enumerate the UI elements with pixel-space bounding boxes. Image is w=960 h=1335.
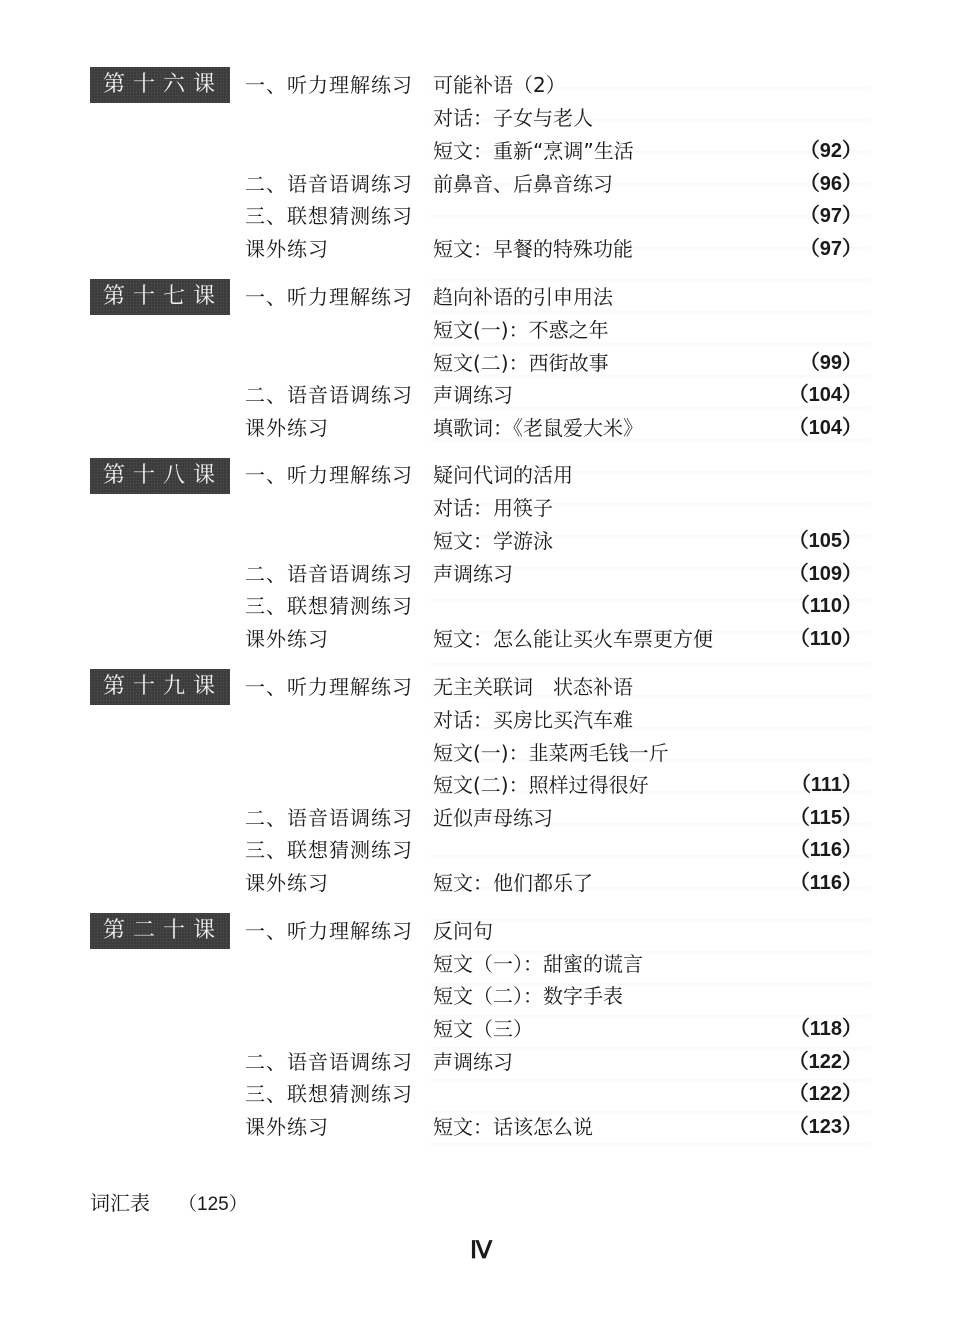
page-number: （116）	[790, 834, 862, 866]
toc-row[interactable]: 二、语音语调练习近似声母练习（115）	[0, 802, 960, 834]
toc-row[interactable]: 一、听力理解练习可能补语（2）	[0, 69, 960, 101]
entry-title: 短文（三）	[433, 1013, 533, 1045]
toc-row[interactable]: 课外练习短文：怎么能让买火车票更方便（110）	[0, 623, 960, 655]
toc-row[interactable]: 短文(一)：韭菜两毛钱一斤	[0, 737, 960, 769]
toc-row[interactable]: 一、听力理解练习反问句	[0, 915, 960, 947]
page-number: （97）	[800, 233, 862, 265]
toc-row[interactable]: 对话：子女与老人	[0, 102, 960, 134]
page-number: （122）	[789, 1046, 862, 1078]
entry-title: 短文：话该怎么说	[433, 1111, 593, 1143]
page-number: （115）	[790, 802, 862, 834]
toc-row[interactable]: 短文(一)：不惑之年	[0, 314, 960, 346]
page-number: （104）	[789, 412, 862, 444]
page-number: （118）	[790, 1013, 862, 1045]
page-number: （104）	[789, 379, 862, 411]
page-number: （97）	[800, 200, 862, 232]
section-label: 课外练习	[245, 867, 329, 899]
toc-row[interactable]: 三、联想猜测练习（97）	[0, 200, 960, 232]
folio-page-number: Ⅳ	[470, 1236, 492, 1265]
entry-title: 可能补语（2）	[433, 69, 566, 101]
toc-row[interactable]: 一、听力理解练习疑问代词的活用	[0, 459, 960, 491]
toc-row[interactable]: 二、语音语调练习声调练习（122）	[0, 1046, 960, 1078]
entry-title: 反问句	[433, 915, 493, 947]
section-label: 二、语音语调练习	[245, 379, 413, 411]
entry-title: 短文(一)：不惑之年	[433, 314, 609, 346]
page-number: （110）	[790, 623, 862, 655]
section-label: 一、听力理解练习	[245, 459, 413, 491]
entry-title: 声调练习	[433, 379, 513, 411]
section-label: 二、语音语调练习	[245, 558, 413, 590]
entry-title: 对话：子女与老人	[433, 102, 593, 134]
toc-row[interactable]: 短文（二）：数字手表	[0, 980, 960, 1012]
entry-title: 近似声母练习	[433, 802, 553, 834]
entry-title: 短文(一)：韭菜两毛钱一斤	[433, 737, 669, 769]
section-label: 课外练习	[245, 412, 329, 444]
entry-title: 短文：他们都乐了	[433, 867, 593, 899]
page-number: （109）	[789, 558, 862, 590]
entry-title: 短文（二）：数字手表	[433, 980, 623, 1012]
entry-title: 短文：重新“烹调”生活	[433, 135, 634, 167]
toc-row[interactable]: 二、语音语调练习声调练习（109）	[0, 558, 960, 590]
page-number: （96）	[800, 168, 862, 200]
page-number: （105）	[789, 525, 862, 557]
entry-title: 短文（一）：甜蜜的谎言	[433, 948, 643, 980]
entry-title: 声调练习	[433, 558, 513, 590]
toc-row[interactable]: 短文：重新“烹调”生活（92）	[0, 135, 960, 167]
entry-title: 前鼻音、后鼻音练习	[433, 168, 613, 200]
vocabulary-page-number: （125）	[178, 1194, 248, 1215]
entry-title: 对话：买房比买汽车难	[433, 704, 633, 736]
page-number: （92）	[800, 135, 862, 167]
section-label: 课外练习	[245, 623, 329, 655]
entry-title: 短文(二)：照样过得很好	[433, 769, 649, 801]
section-label: 二、语音语调练习	[245, 802, 413, 834]
entry-title: 短文(二)：西街故事	[433, 347, 609, 379]
toc-row[interactable]: 对话：用筷子	[0, 492, 960, 524]
section-label: 一、听力理解练习	[245, 281, 413, 313]
section-label: 课外练习	[245, 1111, 329, 1143]
vocabulary-label: 词汇表	[90, 1191, 150, 1215]
entry-title: 对话：用筷子	[433, 492, 553, 524]
section-label: 二、语音语调练习	[245, 1046, 413, 1078]
toc-row[interactable]: 三、联想猜测练习（116）	[0, 834, 960, 866]
entry-title: 短文：早餐的特殊功能	[433, 233, 633, 265]
toc-row[interactable]: 一、听力理解练习无主关联词 状态补语	[0, 671, 960, 703]
toc-row[interactable]: 二、语音语调练习前鼻音、后鼻音练习（96）	[0, 168, 960, 200]
toc-row[interactable]: 三、联想猜测练习（110）	[0, 590, 960, 622]
section-label: 一、听力理解练习	[245, 69, 413, 101]
section-label: 三、联想猜测练习	[245, 200, 413, 232]
toc-row[interactable]: 课外练习短文：早餐的特殊功能（97）	[0, 233, 960, 265]
page-number: （110）	[790, 590, 862, 622]
section-label: 三、联想猜测练习	[245, 1078, 413, 1110]
page-number: （116）	[790, 867, 862, 899]
entry-title: 声调练习	[433, 1046, 513, 1078]
toc-row[interactable]: 三、联想猜测练习（122）	[0, 1078, 960, 1110]
section-label: 一、听力理解练习	[245, 915, 413, 947]
page-number: （111）	[791, 769, 862, 801]
section-label: 三、联想猜测练习	[245, 834, 413, 866]
page-number: （99）	[800, 347, 862, 379]
toc-row[interactable]: 短文(二)：西街故事（99）	[0, 347, 960, 379]
toc-row[interactable]: 课外练习短文：他们都乐了（116）	[0, 867, 960, 899]
toc-row[interactable]: 课外练习短文：话该怎么说（123）	[0, 1111, 960, 1143]
section-label: 一、听力理解练习	[245, 671, 413, 703]
toc-row[interactable]: 短文(二)：照样过得很好（111）	[0, 769, 960, 801]
entry-title: 填歌词：《老鼠爱大米》	[433, 412, 643, 444]
toc-row[interactable]: 对话：买房比买汽车难	[0, 704, 960, 736]
page-number: （122）	[789, 1078, 862, 1110]
section-label: 课外练习	[245, 233, 329, 265]
toc-row[interactable]: 一、听力理解练习趋向补语的引申用法	[0, 281, 960, 313]
vocabulary-entry[interactable]: 词汇表（125）	[90, 1187, 248, 1221]
section-label: 三、联想猜测练习	[245, 590, 413, 622]
entry-title: 疑问代词的活用	[433, 459, 573, 491]
page-number: （123）	[789, 1111, 862, 1143]
toc-row[interactable]: 二、语音语调练习声调练习（104）	[0, 379, 960, 411]
entry-title: 无主关联词 状态补语	[433, 671, 633, 703]
entry-title: 短文：怎么能让买火车票更方便	[433, 623, 713, 655]
toc-row[interactable]: 短文（三）（118）	[0, 1013, 960, 1045]
toc-row[interactable]: 短文（一）：甜蜜的谎言	[0, 948, 960, 980]
entry-title: 趋向补语的引申用法	[433, 281, 613, 313]
entry-title: 短文：学游泳	[433, 525, 553, 557]
toc-row[interactable]: 课外练习填歌词：《老鼠爱大米》（104）	[0, 412, 960, 444]
toc-row[interactable]: 短文：学游泳（105）	[0, 525, 960, 557]
section-label: 二、语音语调练习	[245, 168, 413, 200]
